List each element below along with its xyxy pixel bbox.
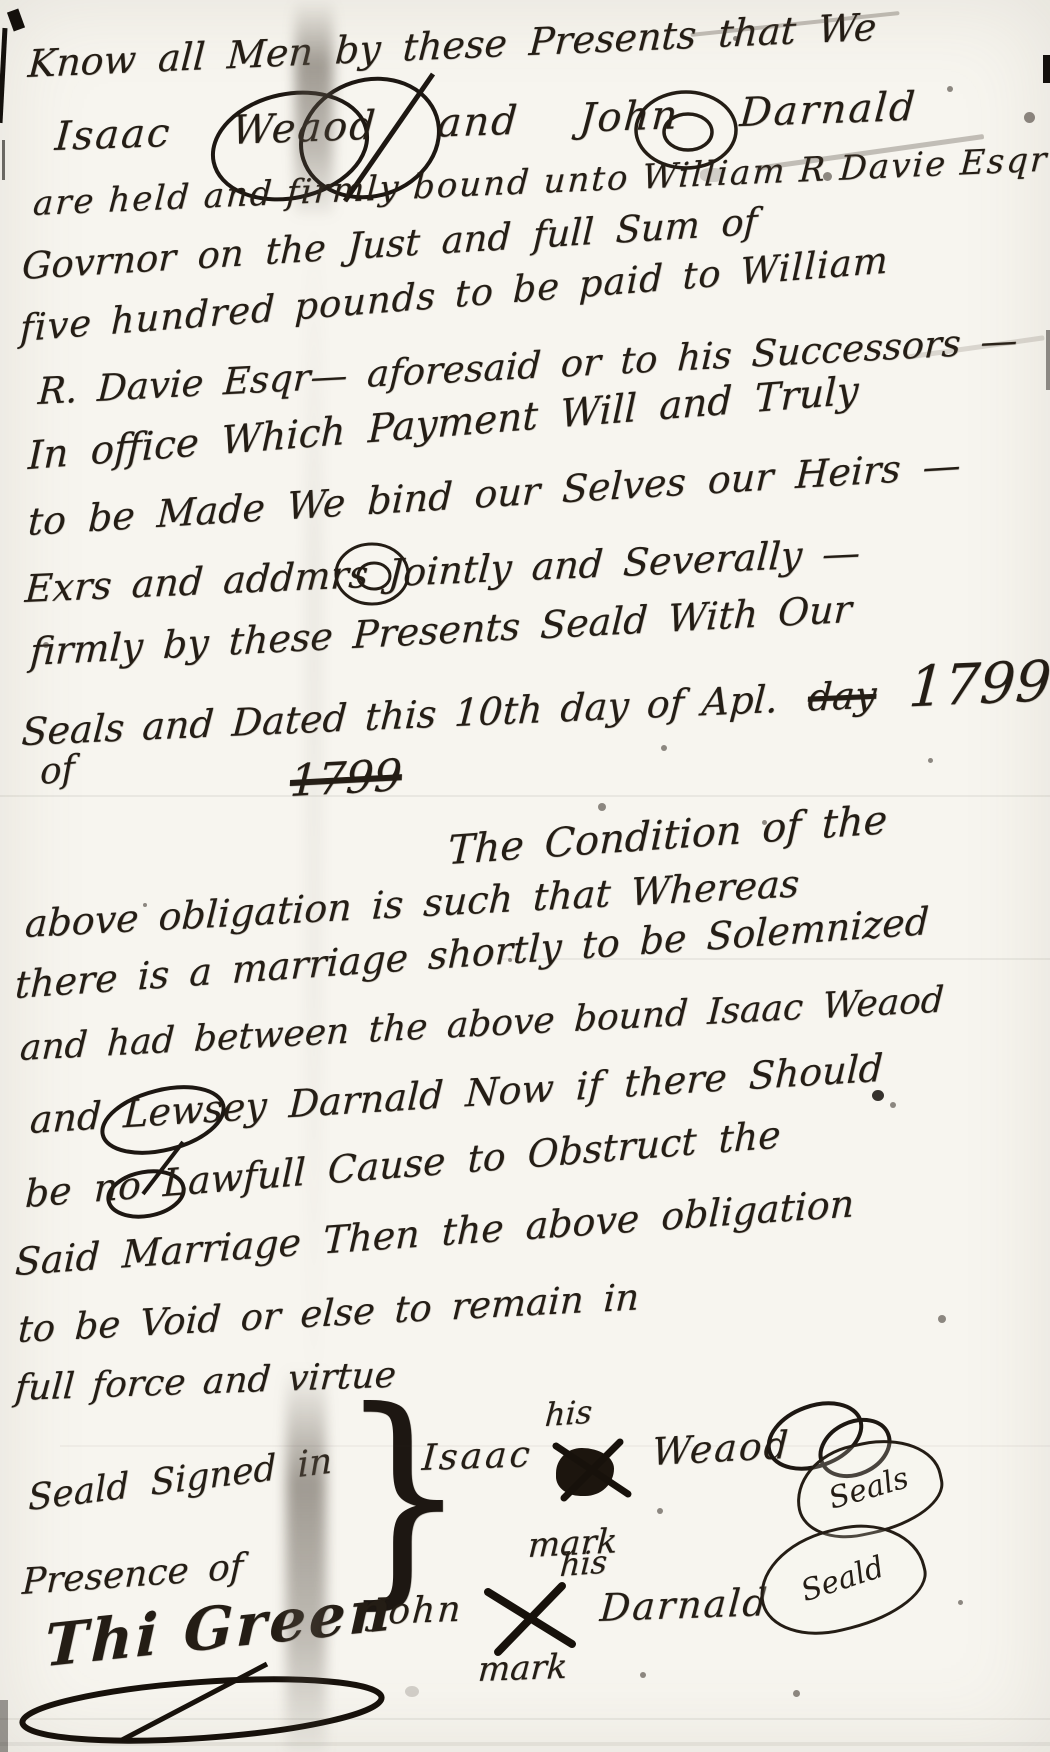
fold-stain-bottom	[286, 1368, 326, 1752]
ink-speck	[872, 1090, 884, 1101]
paper-speck	[1024, 112, 1035, 123]
paper-speck	[143, 903, 147, 907]
his-word-isaac: his	[544, 1393, 594, 1435]
condition-line-8: to be Void or else to remain in	[17, 1275, 640, 1351]
paper-speck	[928, 758, 933, 763]
paper-speck	[405, 1686, 419, 1697]
condition-heading: The Condition of the	[447, 797, 888, 874]
word-of: of	[40, 748, 75, 793]
scan-edge-mark	[1043, 55, 1050, 83]
scan-edge-mark	[7, 9, 25, 32]
paper-speck	[733, 36, 738, 41]
seal-label: Seald	[796, 1549, 888, 1609]
scan-edge-mark	[1046, 330, 1050, 390]
crease-line	[0, 1718, 1050, 1720]
mark-word-john: mark	[477, 1647, 569, 1690]
seal-stamp-john: Seald	[748, 1509, 936, 1649]
paper-speck	[640, 1672, 646, 1678]
struck-word-day: day	[807, 673, 878, 720]
scan-edge-mark	[2, 140, 5, 180]
paper-speck	[657, 1508, 663, 1514]
fold-stain-middle	[305, 210, 323, 1370]
paper-stain	[700, 168, 724, 182]
paper-speck	[508, 958, 512, 962]
crease-line	[500, 958, 1050, 960]
crease-line	[0, 795, 1050, 797]
bond-line-1: Know all Men by these Presents that We	[27, 5, 878, 86]
document-page: Know all Men by these Presents that We I…	[0, 0, 1050, 1752]
paper-speck	[947, 86, 953, 92]
crease-line	[0, 1742, 1050, 1746]
dated-line-text: Seals and Dated this 10th day of Apl.	[20, 677, 779, 754]
year-1799: 1799	[907, 649, 1050, 720]
fold-stain-top	[295, 0, 333, 215]
paper-speck	[958, 1600, 963, 1605]
signature-flourish-icon	[12, 1662, 402, 1752]
paper-speck	[823, 172, 832, 181]
paper-speck	[598, 803, 606, 811]
paper-speck	[43, 642, 49, 648]
crease-line	[60, 1445, 1050, 1447]
paper-speck	[762, 820, 767, 825]
paper-speck	[661, 745, 667, 751]
signature-john-last: Darnald	[598, 1580, 770, 1630]
scan-edge-mark	[0, 1700, 8, 1752]
paper-speck	[890, 1102, 896, 1108]
paper-speck	[793, 1690, 800, 1697]
seal-label: Seals	[825, 1460, 913, 1516]
bond-line-2: Isaac Weaod and John Darnald	[53, 84, 918, 160]
paper-speck	[938, 1315, 946, 1323]
scan-edge-mark	[0, 28, 7, 123]
